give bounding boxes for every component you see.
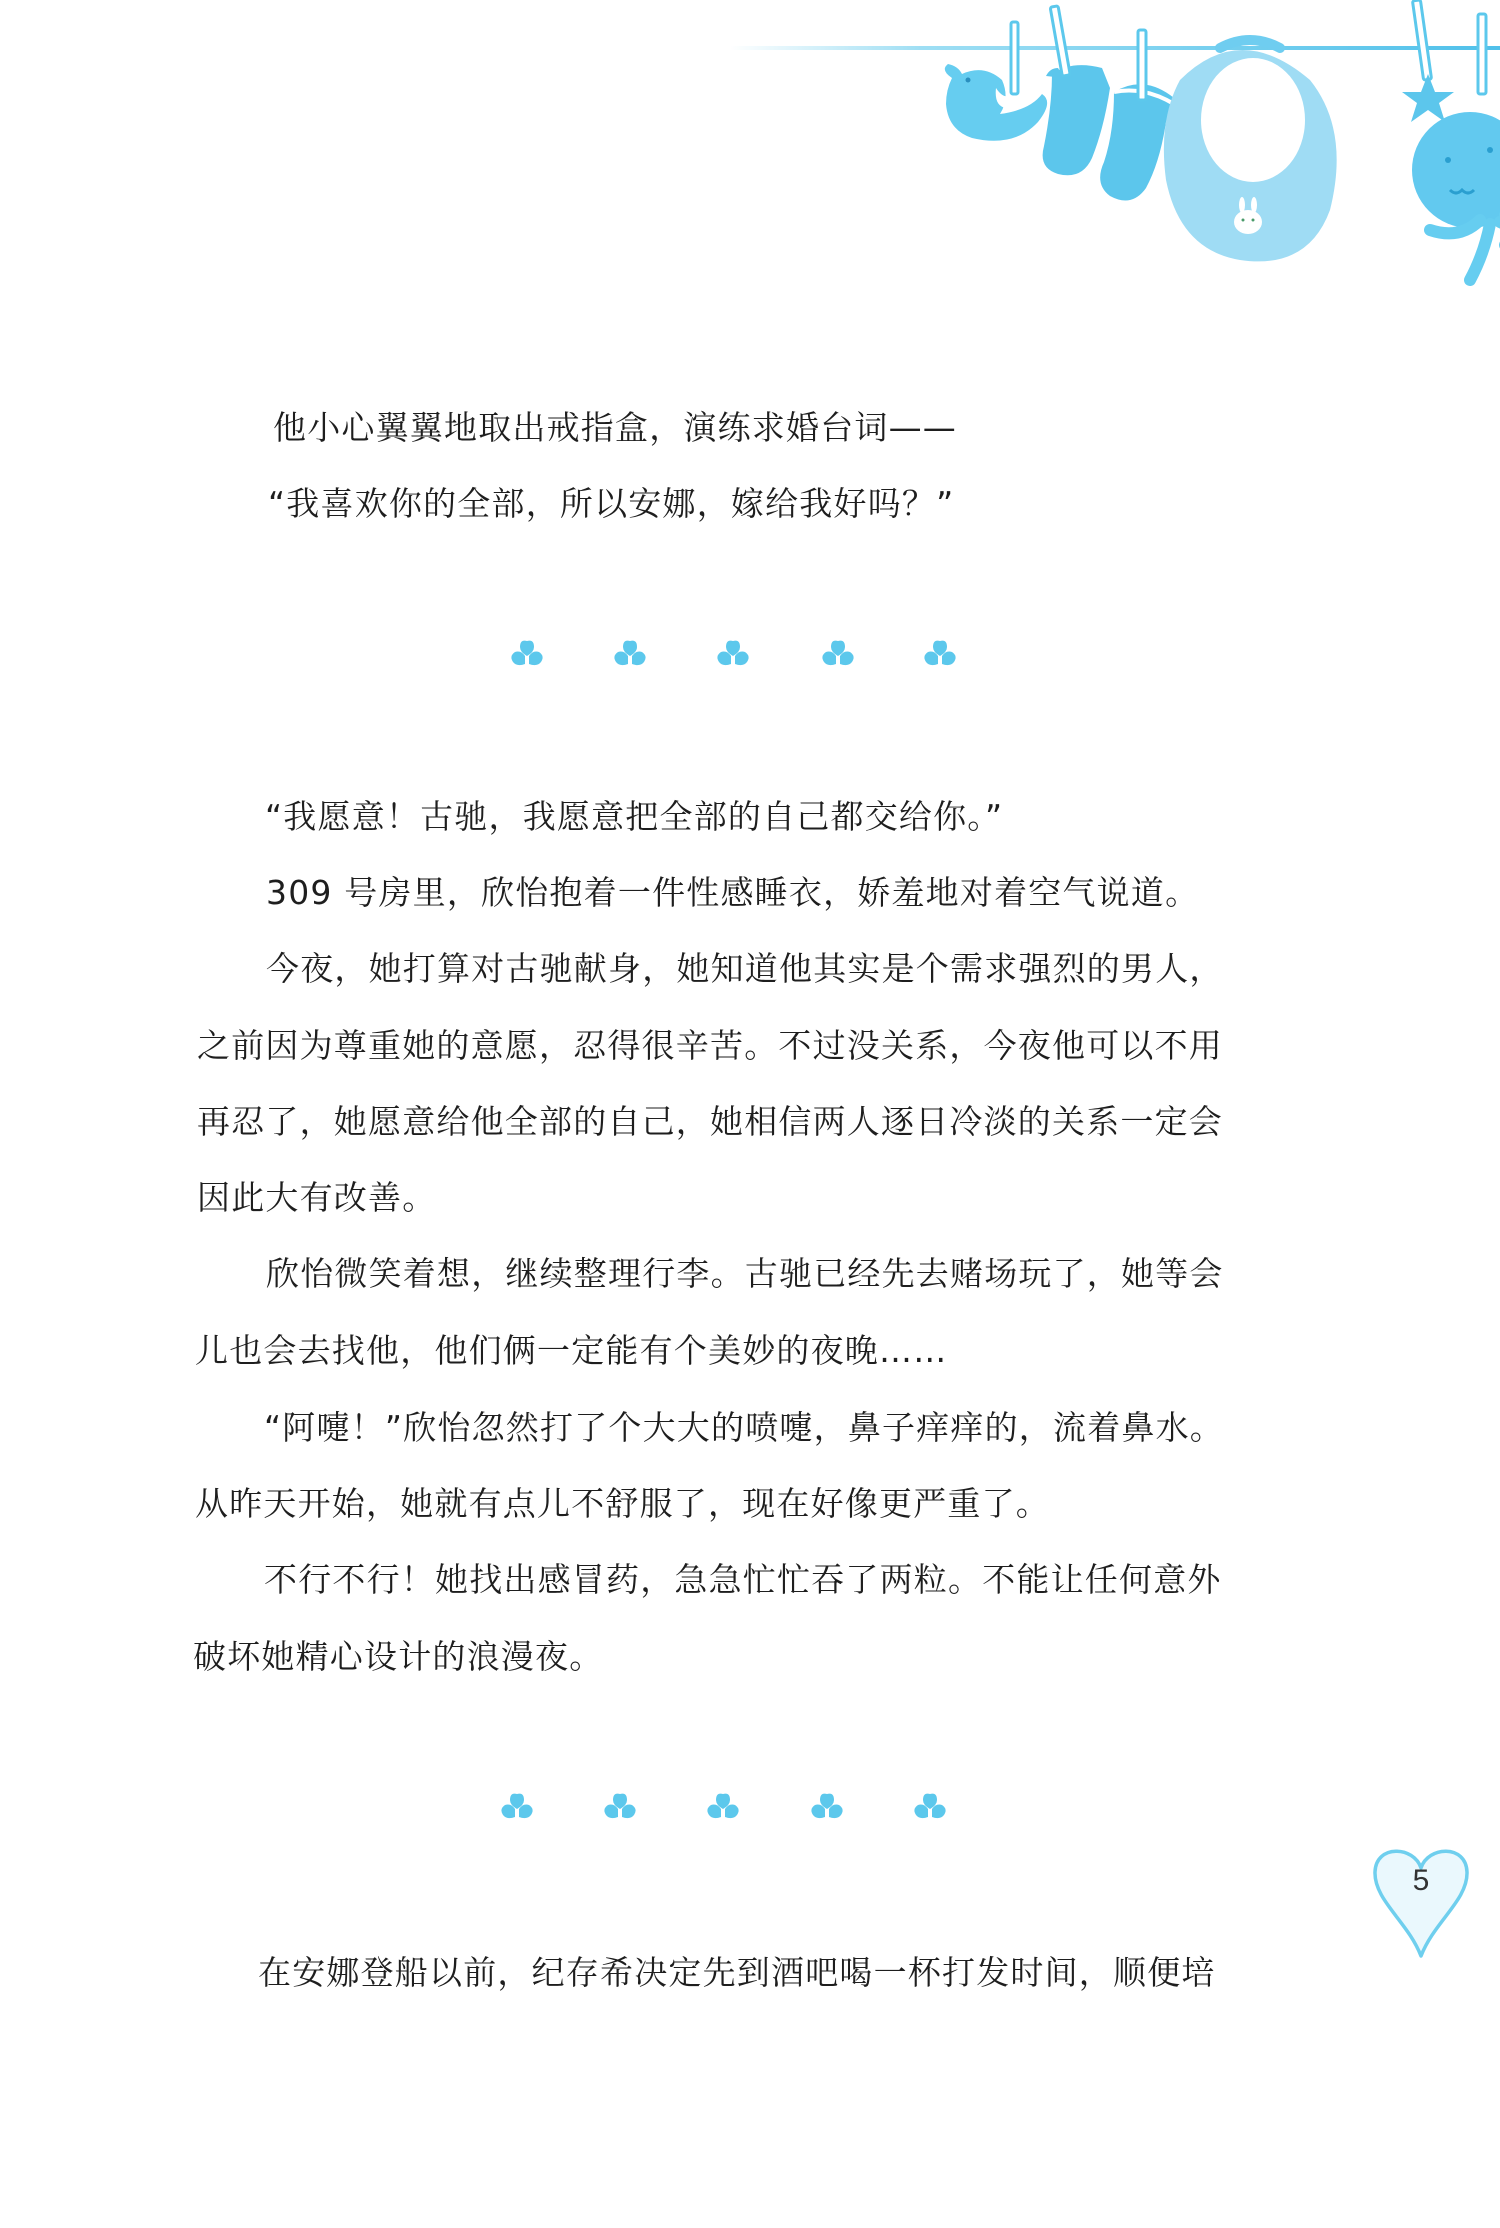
- paragraph-line: “阿嚏！”欣怡忽然打了个大大的喷嚏，鼻子痒痒的，流着鼻水。: [264, 1408, 1224, 1448]
- clover-icon: [912, 1790, 948, 1826]
- sock-icon: [1100, 84, 1174, 200]
- paragraph-line: “我喜欢你的全部，所以安娜，嫁给我好吗？”: [268, 484, 954, 524]
- paragraph-line: 他小心翼翼地取出戒指盒，演练求婚台词——: [273, 408, 957, 448]
- clover-divider: [0, 1790, 1500, 1830]
- paragraph-line: 今夜，她打算对古驰献身，她知道他其实是个需求强烈的男人，: [266, 949, 1224, 989]
- paragraph-line: 在安娜登船以前，纪存希决定先到酒吧喝一杯打发时间，顺便培: [258, 1953, 1216, 1993]
- paragraph-line: 309 号房里，欣怡抱着一件性感睡衣，娇羞地对着空气说道。: [266, 873, 1199, 913]
- star-icon: [1402, 0, 1454, 122]
- paragraph-line: 之前因为尊重她的意愿，忍得很辛苦。不过没关系，今夜他可以不用: [197, 1026, 1223, 1066]
- heart-icon: [1370, 1840, 1472, 1962]
- sock-icon: [1043, 65, 1110, 175]
- paragraph-line: “我愿意！古驰，我愿意把全部的自己都交给你。”: [265, 797, 1003, 837]
- clothesline-illustration: [700, 0, 1500, 300]
- clover-icon: [612, 637, 648, 673]
- page-number-marker: 5: [1370, 1840, 1472, 1962]
- paragraph-line: 破坏她精心设计的浪漫夜。: [193, 1637, 603, 1677]
- clover-icon: [705, 1790, 741, 1826]
- bird-toy-icon: [945, 64, 1047, 141]
- clover-icon: [715, 637, 751, 673]
- paragraph-line: 再忍了，她愿意给他全部的自己，她相信两人逐日冷淡的关系一定会: [197, 1102, 1223, 1142]
- clover-icon: [499, 1790, 535, 1826]
- clover-icon: [509, 637, 545, 673]
- page-number: 5: [1370, 1864, 1472, 1898]
- paragraph-line: 儿也会去找他，他们俩一定能有个美妙的夜晚……: [195, 1331, 947, 1371]
- paragraph-line: 不行不行！她找出感冒药，急急忙忙吞了两粒。不能让任何意外: [264, 1560, 1222, 1600]
- clover-divider: [0, 637, 1500, 677]
- paragraph-line: 从昨天开始，她就有点儿不舒服了，现在好像更严重了。: [195, 1484, 1050, 1524]
- paragraph-line: 因此大有改善。: [197, 1178, 436, 1218]
- clover-icon: [602, 1790, 638, 1826]
- paragraph-line: 欣怡微笑着想，继续整理行李。古驰已经先去赌场玩了，她等会: [266, 1254, 1224, 1294]
- book-page: 他小心翼翼地取出戒指盒，演练求婚台词—— “我喜欢你的全部，所以安娜，嫁给我好吗…: [0, 0, 1500, 2228]
- clover-icon: [922, 637, 958, 673]
- bib-icon: [1164, 40, 1337, 261]
- clover-icon: [820, 637, 856, 673]
- clothesline-icon: [700, 0, 1500, 300]
- clover-icon: [809, 1790, 845, 1826]
